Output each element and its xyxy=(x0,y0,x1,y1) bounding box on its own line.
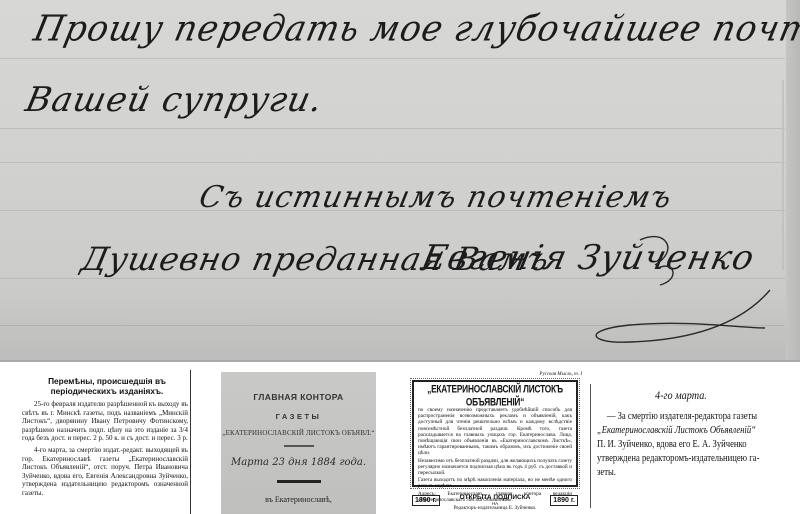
notice-line: „Екатеринославскій Листокъ Объявленій“ xyxy=(597,424,794,438)
divider-bar xyxy=(277,480,321,483)
paper-ruling-line xyxy=(0,58,785,59)
clipping-paragraph: 4-го марта, за смертію издат.-редакт. вы… xyxy=(22,446,192,498)
advertisement-box: „ЕКАТЕРИНОСЛАВСКІЙ ЛИСТОКЪ ОБЪЯВЛЕНІЙ“ п… xyxy=(412,380,578,487)
paper-ruling-line xyxy=(0,162,785,163)
advertisement-title: „ЕКАТЕРИНОСЛАВСКІЙ ЛИСТОКЪ ОБЪЯВЛЕНІЙ“ xyxy=(414,382,576,408)
notice-body: — За смертію издателя-редактора газеты „… xyxy=(597,410,794,480)
subscription-banner: ОТКРЫТА ПОДПИСКА НА xyxy=(460,494,531,506)
column-rule xyxy=(590,384,591,508)
notice-line: утверждена редакторомъ-издательницею га- xyxy=(597,452,794,466)
letterhead-newspaper-name: „ЕКАТЕРИНОСЛАВСКІЙ ЛИСТОКЪ ОБЪЯВЛ.“ xyxy=(221,429,376,437)
source-reference: Русская Мысль, т. I xyxy=(539,372,582,377)
notice-line: зеты. xyxy=(597,466,794,480)
notice-newspaper-name: „Екатеринославскій Листокъ Объявленій“ xyxy=(597,425,756,436)
notice-date: 4-го марта. xyxy=(655,388,707,403)
letter-line-2: Вашей супруги. xyxy=(22,80,327,120)
subscription-subtext: НА xyxy=(460,501,531,506)
letterhead-date: Марта 23 дня 1884 года. xyxy=(221,457,376,468)
advertisement-paragraph: Независимо отъ безплатной раздачи, для ж… xyxy=(418,458,572,477)
paper-ruling-line xyxy=(0,128,785,129)
paper-fold xyxy=(782,80,784,270)
subscription-footer: 1890 г. ОТКРЫТА ПОДПИСКА НА 1890 г. xyxy=(412,494,578,506)
subscription-text: ОТКРЫТА ПОДПИСКА xyxy=(460,494,531,501)
letterhead-title: ГЛАВНАЯ КОНТОРА xyxy=(221,392,376,402)
clipping-office-letterhead: ГЛАВНАЯ КОНТОРА ГАЗЕТЫ „ЕКАТЕРИНОСЛАВСКІ… xyxy=(221,372,376,514)
letterhead-place: въ Екатеринославѣ, xyxy=(221,495,376,504)
paper-edge xyxy=(786,0,800,360)
handwritten-letter-photo: Прошу передать мое глубочайшее почтение … xyxy=(0,0,800,360)
clipping-advertisement: Русская Мысль, т. I „ЕКАТЕРИНОСЛАВСКІЙ Л… xyxy=(410,370,586,514)
letter-closing: Съ истиннымъ почтеніемъ xyxy=(196,180,675,215)
letterhead-subtitle: ГАЗЕТЫ xyxy=(221,412,376,421)
signature-flourish-icon xyxy=(570,230,780,360)
clipping-paragraph: 25-го февраля издателю разрѣшенной къ вы… xyxy=(22,400,192,443)
advertisement-paragraph: по своему назначенію представляетъ удобн… xyxy=(418,407,572,457)
clipping-heading: Перемѣны, происшедшія въ періодическихъ … xyxy=(22,376,192,396)
notice-line: П. И. Зуйченко, вдова его Е. А. Зуйченко xyxy=(597,438,794,452)
clipping-march-4-notice: 4-го марта. — За смертію издателя-редакт… xyxy=(587,372,800,514)
year-right: 1890 г. xyxy=(550,495,578,506)
ornament-divider xyxy=(284,445,314,447)
clipping-periodicals-changes: Перемѣны, происшедшія въ періодическихъ … xyxy=(22,370,192,514)
notice-line: — За смертію издателя-редактора газеты xyxy=(597,410,794,424)
advertisement-paragraph: Газета выходитъ по мѣрѣ накопленія матер… xyxy=(418,477,572,489)
column-rule xyxy=(190,370,191,514)
year-left: 1890 г. xyxy=(412,495,440,506)
letter-line-1: Прошу передать мое глубочайшее почтение xyxy=(30,8,800,50)
newspaper-clippings-strip: Перемѣны, происшедшія въ періодическихъ … xyxy=(0,360,800,514)
